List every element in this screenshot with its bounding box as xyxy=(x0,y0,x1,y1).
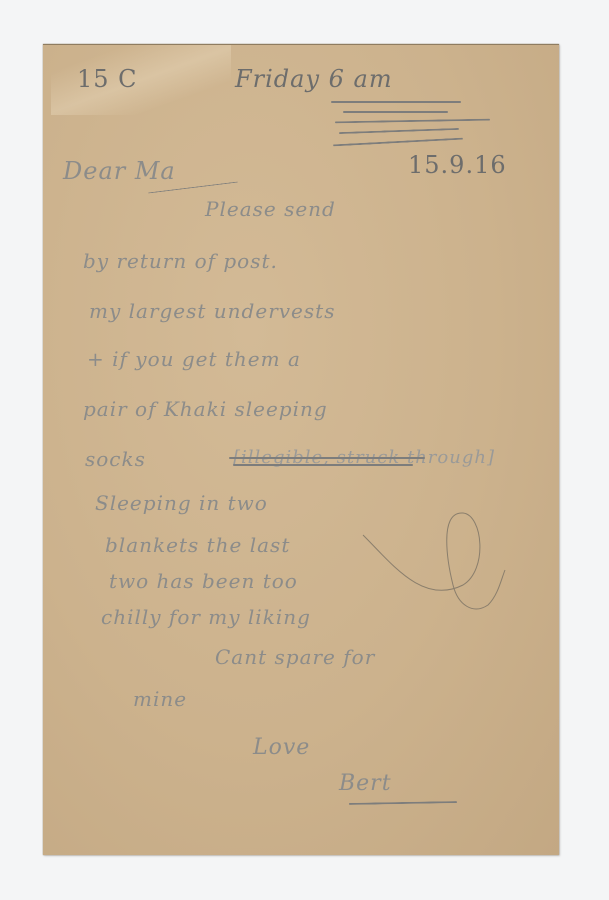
strike-line xyxy=(229,457,425,459)
header-time: Friday 6 am xyxy=(235,65,393,93)
body-line: + if you get them a xyxy=(87,347,301,371)
closing: Love xyxy=(253,735,310,760)
body-line: my largest undervests xyxy=(89,299,335,323)
body-line: pair of Khaki sleeping xyxy=(83,397,328,421)
body-line: Please send xyxy=(205,197,336,221)
body-line: Cant spare for xyxy=(215,645,375,669)
signature-underline xyxy=(349,801,457,805)
scribble-line xyxy=(343,111,448,113)
signature: Bert xyxy=(339,771,392,796)
strike-line xyxy=(233,464,413,466)
scribble-line xyxy=(333,138,463,147)
scribble-line xyxy=(335,119,490,124)
body-line: Sleeping in two xyxy=(95,491,268,515)
body-line: two has been too xyxy=(109,569,298,593)
scribble-line xyxy=(339,128,459,134)
body-line: socks xyxy=(85,447,146,471)
body-line: mine xyxy=(133,687,187,711)
body-line: blankets the last xyxy=(105,533,290,557)
reference-number: 15 C xyxy=(77,65,138,93)
postcard: 15 C Friday 6 am 15.9.16 Dear Ma Please … xyxy=(43,44,559,855)
body-line: by return of post. xyxy=(83,249,278,273)
scribble-line xyxy=(331,101,461,103)
salutation: Dear Ma xyxy=(63,157,176,185)
date: 15.9.16 xyxy=(408,151,507,179)
body-line: chilly for my liking xyxy=(101,605,311,629)
